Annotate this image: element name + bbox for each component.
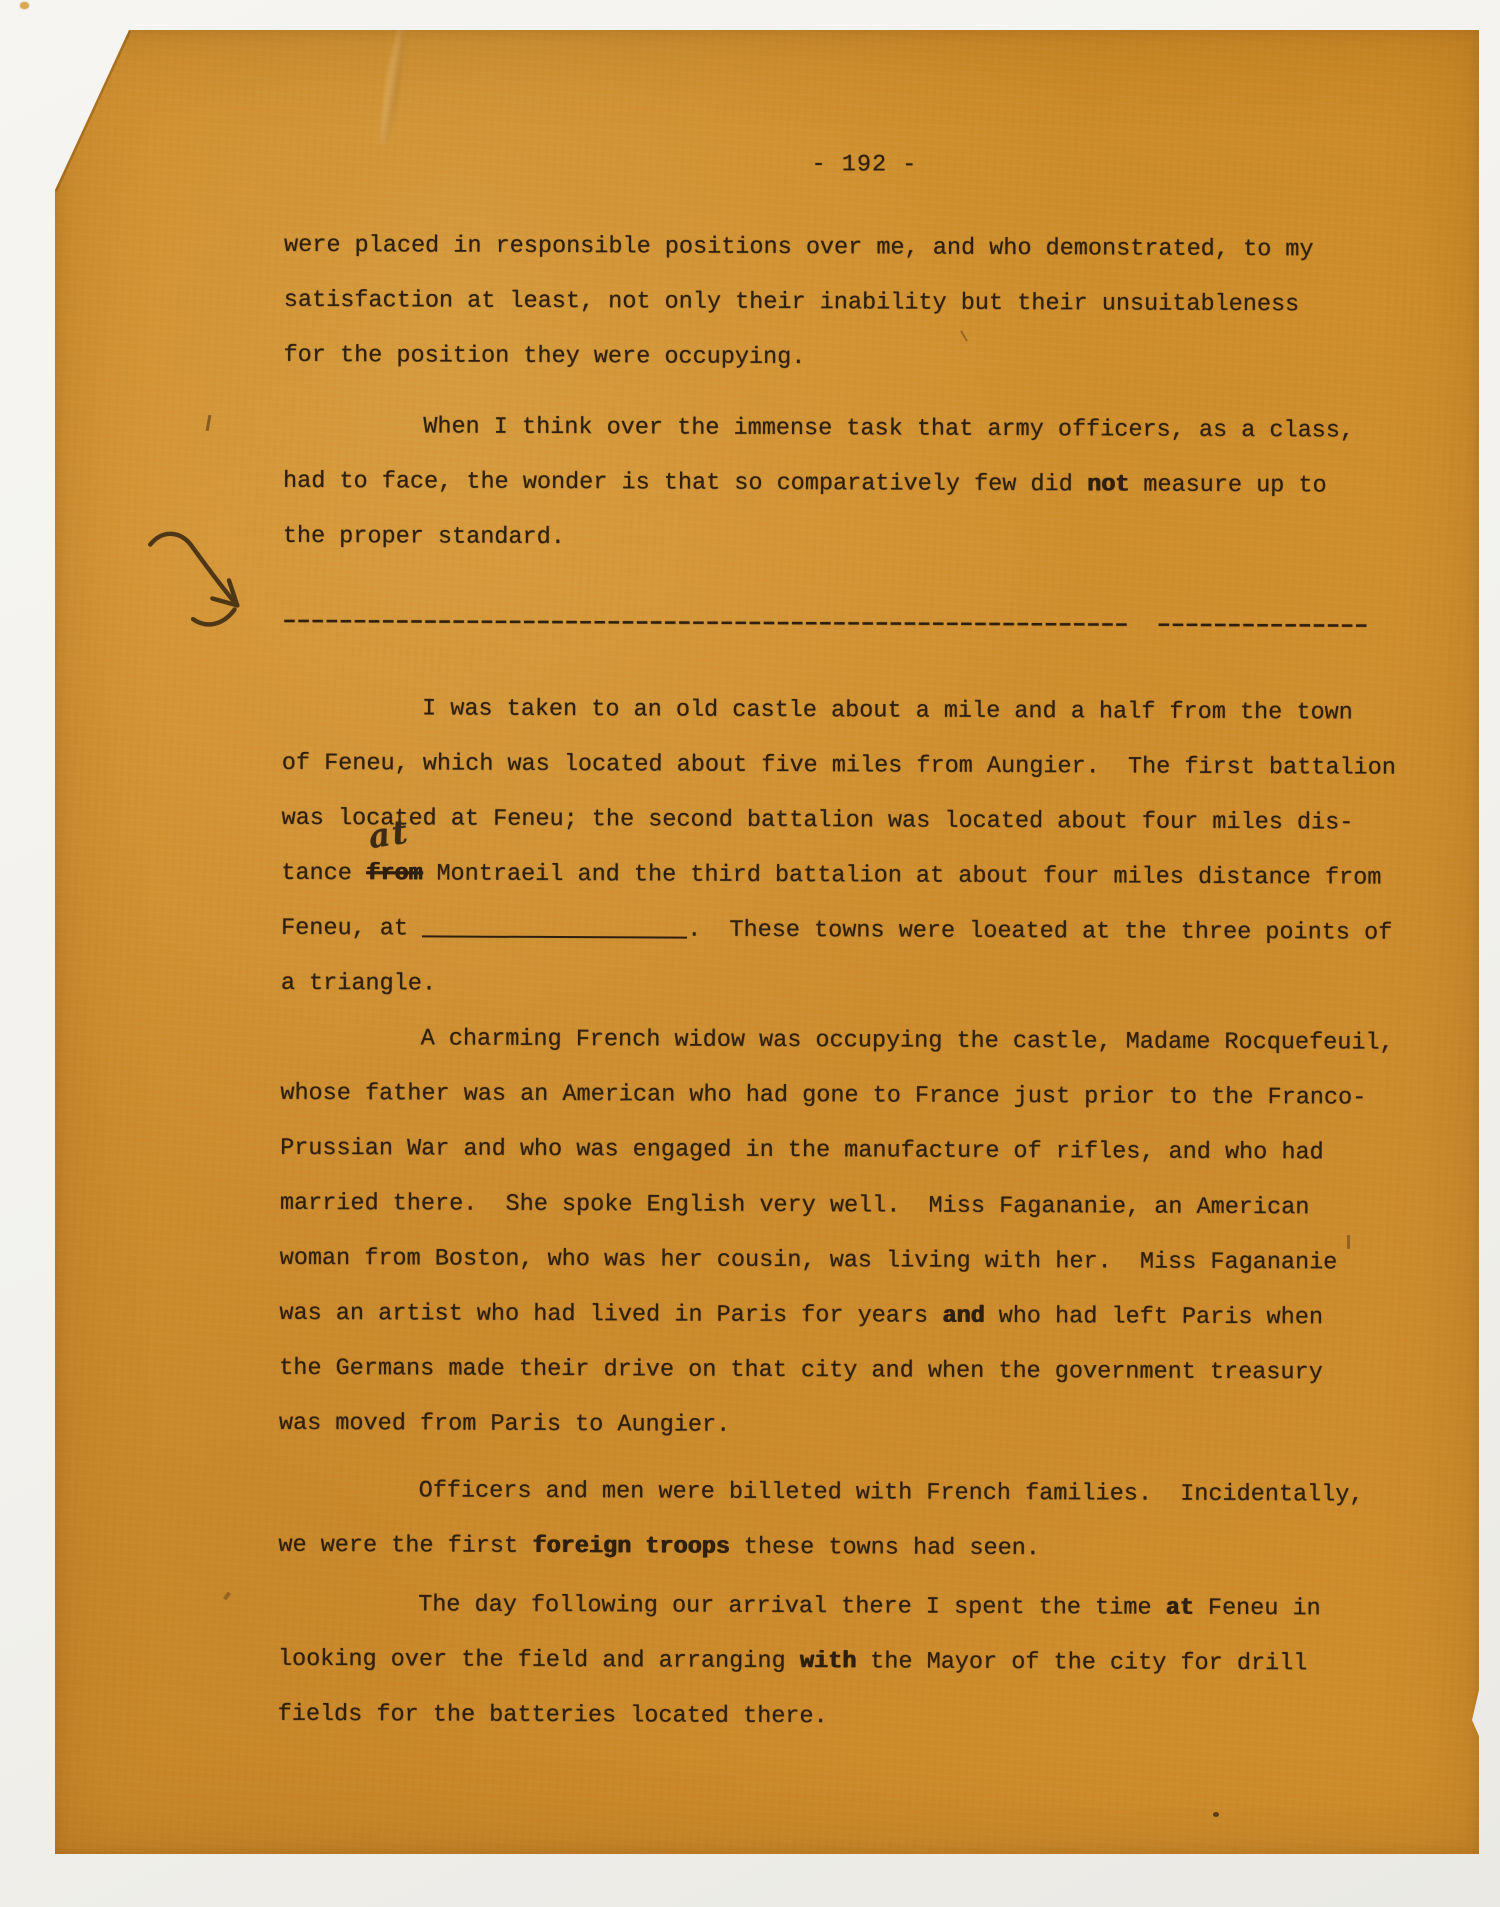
handwritten-insert: at xyxy=(364,804,413,865)
text-block-para6: The day following our arrival there I sp… xyxy=(278,1577,1473,1747)
typed-line: a triangle. xyxy=(281,956,1475,1016)
typed-line: Prussian War and who was engaged in the … xyxy=(280,1121,1474,1181)
typed-line: satisfaction at least, not only their in… xyxy=(284,273,1478,333)
typed-content: - 192 - were placed in responsible posit… xyxy=(48,30,1479,1747)
typed-line: we were the first foreign troops these t… xyxy=(278,1518,1472,1578)
typed-line: A charming French widow was occupying th… xyxy=(280,1011,1474,1071)
typed-line: Feneu, at . These towns were loeated at … xyxy=(281,901,1475,961)
text-block-divider: ––––––––––––––––––––––––––––––––––––––––… xyxy=(282,594,1476,654)
typed-line: of Feneu, which was located about five m… xyxy=(282,736,1476,796)
typed-line: I was taken to an old castle about a mil… xyxy=(282,681,1476,741)
typed-line: looking over the field and arranging wit… xyxy=(278,1632,1472,1692)
page-number: - 192 - xyxy=(284,135,1444,195)
typed-line: for the position they were occupying. xyxy=(283,328,1477,388)
struck-out-word: from xyxy=(366,860,423,887)
typed-line: whose father was an American who had gon… xyxy=(280,1066,1474,1126)
typed-line: Officers and men were billeted with Fren… xyxy=(279,1463,1473,1523)
typed-line: had to face, the wonder is that so compa… xyxy=(283,454,1477,514)
typed-line: the Germans made their drive on that cit… xyxy=(279,1341,1473,1401)
text-block-para1: were placed in responsible positions ove… xyxy=(283,218,1478,388)
typed-line: When I think over the immense task that … xyxy=(283,399,1477,459)
paper-speck xyxy=(1213,1812,1219,1817)
fill-in-blank-line xyxy=(422,912,687,939)
typed-line: tance fromat Montraeil and the third bat… xyxy=(281,846,1475,906)
text-block-para2: When I think over the immense task that … xyxy=(283,399,1478,569)
text-block-para5: Officers and men were billeted with Fren… xyxy=(278,1463,1472,1578)
typed-line: the proper standard. xyxy=(283,509,1477,569)
typed-line: fields for the batteries located there. xyxy=(278,1687,1472,1747)
typed-line: were placed in responsible positions ove… xyxy=(284,218,1478,278)
typed-text: were placed in responsible positions ove… xyxy=(278,218,1479,1747)
document-page: - 192 - were placed in responsible posit… xyxy=(55,30,1479,1854)
scan-background: - 192 - were placed in responsible posit… xyxy=(0,0,1500,1907)
typed-line: The day following our arrival there I sp… xyxy=(278,1577,1472,1637)
correction-wrap: fromat xyxy=(366,846,423,901)
paper-crumb xyxy=(20,2,29,9)
text-block-para4: A charming French widow was occupying th… xyxy=(279,1011,1475,1456)
text-block-para3: I was taken to an old castle about a mil… xyxy=(281,681,1476,1016)
typed-line: married there. She spoke English very we… xyxy=(280,1176,1474,1236)
typed-dashed-divider: ––––––––––––––––––––––––––––––––––––––––… xyxy=(282,594,1476,654)
typed-line: was moved from Paris to Aungier. xyxy=(279,1396,1473,1456)
typed-line: woman from Boston, who was her cousin, w… xyxy=(280,1231,1474,1291)
typed-line: was an artist who had lived in Paris for… xyxy=(279,1286,1473,1346)
typed-line: was located at Feneu; the second battali… xyxy=(281,791,1475,851)
